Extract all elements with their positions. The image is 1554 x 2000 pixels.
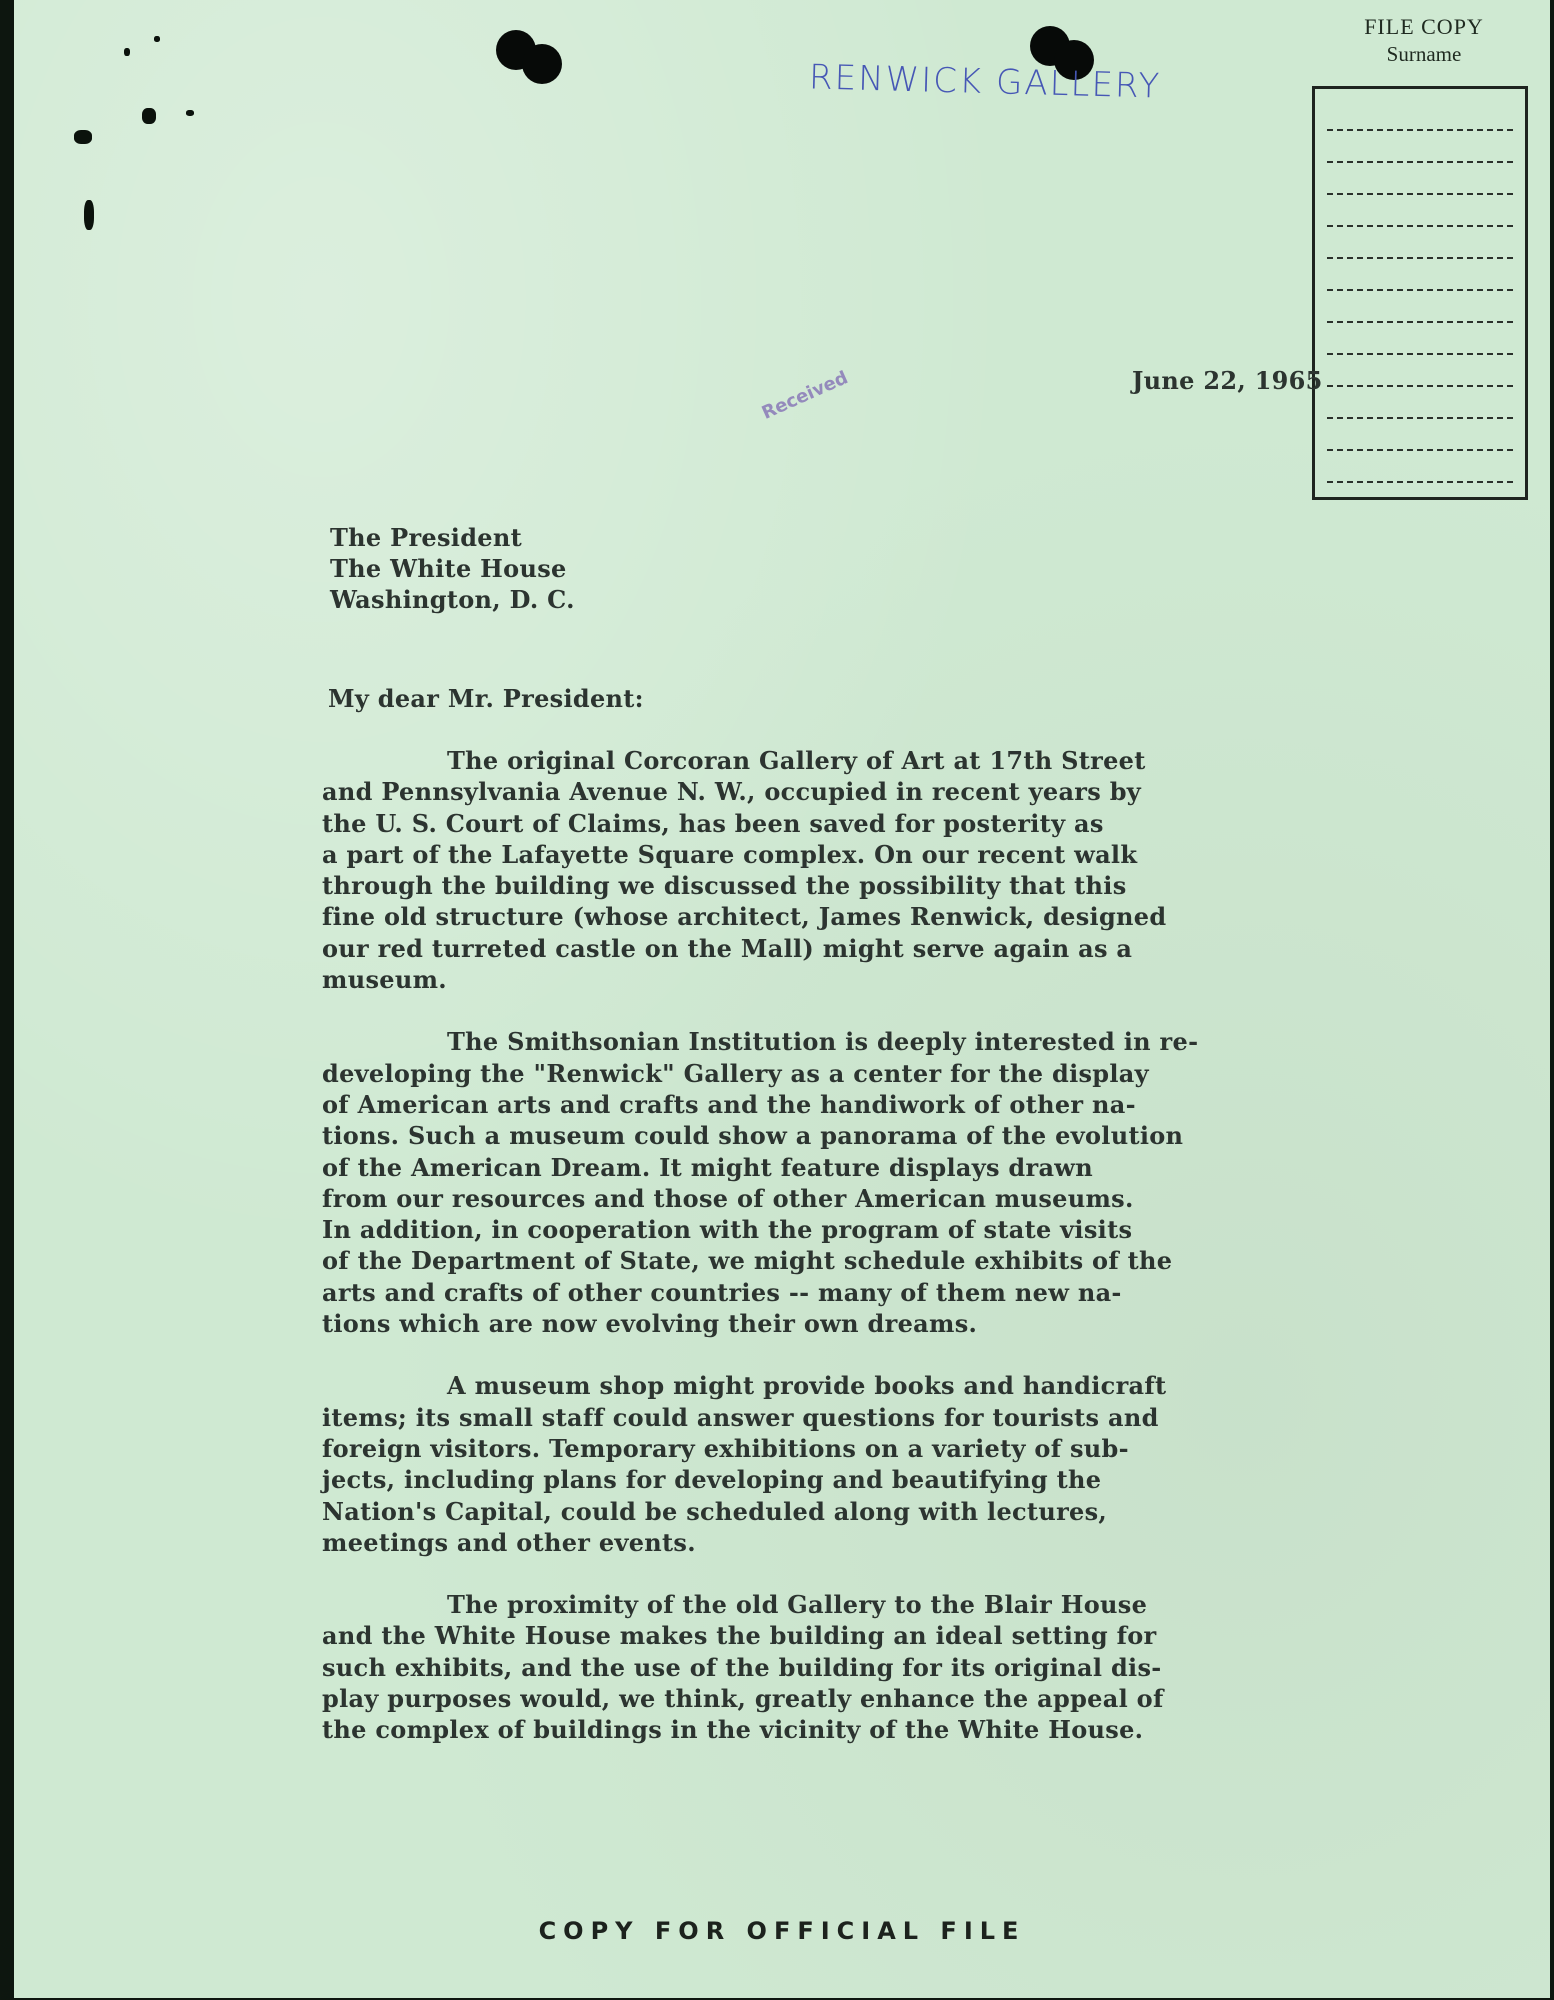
address-line: The White House bbox=[330, 553, 575, 584]
paragraph-line: In addition, in cooperation with the pro… bbox=[322, 1214, 1352, 1245]
paragraph-line: jects, including plans for developing an… bbox=[322, 1464, 1352, 1495]
received-stamp: Received bbox=[759, 367, 852, 424]
paragraph-line: and the White House makes the building a… bbox=[322, 1620, 1352, 1651]
surname-line bbox=[1327, 129, 1513, 131]
address-line: Washington, D. C. bbox=[330, 584, 575, 615]
address-line: The President bbox=[330, 522, 575, 553]
surname-line bbox=[1327, 321, 1513, 323]
surname-line bbox=[1327, 161, 1513, 163]
paragraph-line: The Smithsonian Institution is deeply in… bbox=[322, 1026, 1352, 1057]
paragraph-line: from our resources and those of other Am… bbox=[322, 1183, 1352, 1214]
punch-hole-left-b bbox=[522, 44, 562, 84]
file-copy-label: FILE COPY bbox=[1324, 14, 1524, 40]
letter-paragraph: The original Corcoran Gallery of Art at … bbox=[322, 745, 1352, 995]
paragraph-line: tions. Such a museum could show a panora… bbox=[322, 1120, 1352, 1151]
paragraph-line: a part of the Lafayette Square complex. … bbox=[322, 839, 1352, 870]
file-copy-header: FILE COPY Surname bbox=[1324, 14, 1524, 67]
surname-line bbox=[1327, 225, 1513, 227]
paragraph-line: and Pennsylvania Avenue N. W., occupied … bbox=[322, 776, 1352, 807]
surname-line bbox=[1327, 257, 1513, 259]
paragraph-line: through the building we discussed the po… bbox=[322, 870, 1352, 901]
recipient-address: The President The White House Washington… bbox=[330, 522, 575, 615]
surname-line bbox=[1327, 193, 1513, 195]
paragraph-line: Nation's Capital, could be scheduled alo… bbox=[322, 1496, 1352, 1527]
ink-speck bbox=[154, 36, 160, 42]
official-file-footer: COPY FOR OFFICIAL FILE bbox=[14, 1917, 1550, 1945]
handwritten-note: RENWICK GALLERY bbox=[809, 57, 1162, 106]
paragraph-line: play purposes would, we think, greatly e… bbox=[322, 1683, 1352, 1714]
paragraph-line: The original Corcoran Gallery of Art at … bbox=[322, 745, 1352, 776]
paragraph-line: developing the "Renwick" Gallery as a ce… bbox=[322, 1058, 1352, 1089]
paragraph-line: of American arts and crafts and the hand… bbox=[322, 1089, 1352, 1120]
ink-speck bbox=[84, 200, 94, 230]
paragraph-line: foreign visitors. Temporary exhibitions … bbox=[322, 1433, 1352, 1464]
ink-speck bbox=[124, 48, 130, 56]
ink-speck bbox=[74, 130, 92, 144]
letter-paragraph: A museum shop might provide books and ha… bbox=[322, 1370, 1352, 1558]
surname-line bbox=[1327, 385, 1513, 387]
surname-line bbox=[1327, 481, 1513, 483]
paragraph-line: items; its small staff could answer ques… bbox=[322, 1402, 1352, 1433]
paragraph-line: The proximity of the old Gallery to the … bbox=[322, 1589, 1352, 1620]
paragraph-line: the complex of buildings in the vicinity… bbox=[322, 1714, 1352, 1745]
letter-paragraph: The Smithsonian Institution is deeply in… bbox=[322, 1026, 1352, 1339]
letter-paragraph: The proximity of the old Gallery to the … bbox=[322, 1589, 1352, 1745]
paragraph-line: the U. S. Court of Claims, has been save… bbox=[322, 808, 1352, 839]
letter-page: RENWICK GALLERY Received FILE COPY Surna… bbox=[14, 0, 1550, 1998]
surname-line bbox=[1327, 417, 1513, 419]
paragraph-line: of the Department of State, we might sch… bbox=[322, 1245, 1352, 1276]
letter-body: The original Corcoran Gallery of Art at … bbox=[322, 714, 1352, 1746]
salutation: My dear Mr. President: bbox=[328, 684, 644, 713]
surname-label: Surname bbox=[1324, 42, 1524, 67]
surname-line bbox=[1327, 353, 1513, 355]
paragraph-line: of the American Dream. It might feature … bbox=[322, 1152, 1352, 1183]
ink-speck bbox=[186, 110, 194, 116]
paragraph-line: A museum shop might provide books and ha… bbox=[322, 1370, 1352, 1401]
paragraph-line: meetings and other events. bbox=[322, 1527, 1352, 1558]
paragraph-line: our red turreted castle on the Mall) mig… bbox=[322, 933, 1352, 964]
surname-line bbox=[1327, 289, 1513, 291]
surname-box bbox=[1312, 86, 1528, 500]
paragraph-line: such exhibits, and the use of the buildi… bbox=[322, 1652, 1352, 1683]
ink-speck bbox=[142, 108, 156, 124]
paragraph-line: arts and crafts of other countries -- ma… bbox=[322, 1277, 1352, 1308]
paragraph-line: tions which are now evolving their own d… bbox=[322, 1308, 1352, 1339]
surname-line bbox=[1327, 449, 1513, 451]
paragraph-line: fine old structure (whose architect, Jam… bbox=[322, 901, 1352, 932]
letter-date: June 22, 1965 bbox=[1132, 366, 1323, 395]
paragraph-line: museum. bbox=[322, 964, 1352, 995]
